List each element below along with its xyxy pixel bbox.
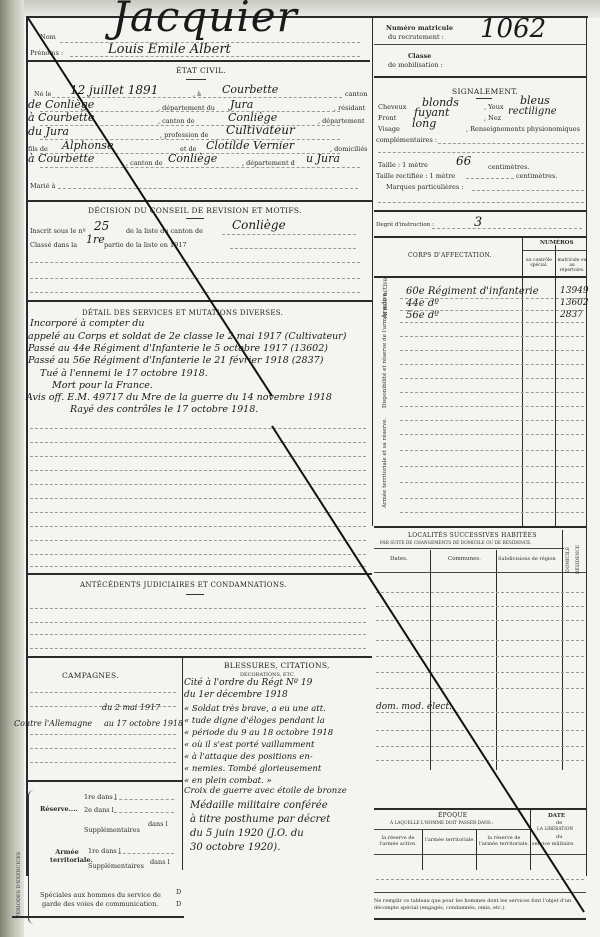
- conseil-revision-title: DÉCISION DU CONSEIL DE REVISION ET MOTIF…: [88, 206, 302, 215]
- classe-label-2: de mobilisation :: [388, 61, 443, 69]
- centimetres-label: centimètres.: [488, 163, 529, 171]
- territoriale-label: Armée territoriale et sa réserve.: [382, 418, 388, 508]
- col-residence: RÉSIDENCE: [576, 545, 581, 574]
- service-line: Mort pour la France.: [52, 380, 153, 391]
- departement2-label: , département: [318, 117, 365, 125]
- corps-row-corps: 44e dº: [406, 298, 439, 309]
- blessure-line: à titre posthume par décret: [190, 814, 330, 825]
- localite-entry: dom. mod. élect.: [376, 702, 452, 712]
- military-register-page: Jacquier Nom Prénoms : Louis Emile Alber…: [0, 0, 600, 937]
- reserve-dans-l: dans l: [148, 820, 168, 828]
- marques-label: Marques particulières :: [386, 183, 463, 191]
- col-domicile: DOMICILE: [566, 547, 571, 572]
- corps-row-matricule: 13949: [560, 286, 589, 296]
- special-line-1: Spéciales aux hommes du service de: [40, 891, 161, 899]
- blessure-line: Médaille militaire conférée: [190, 800, 328, 811]
- canton3-value: Conliège: [168, 152, 217, 165]
- epoque-col3: la réserve de l'armée territoriale.: [478, 835, 530, 847]
- date-line2: de: [556, 820, 562, 826]
- nom-value: Jacquier: [112, 0, 298, 41]
- nom-label: Nom: [40, 33, 56, 41]
- epoque-col1: la réserve de l'armée active.: [374, 835, 422, 847]
- col-matricule-label: matricule ou au répertoire.: [557, 258, 587, 273]
- domicile-value: à Courbette: [28, 152, 94, 165]
- blessure-line: 30 octobre 1920).: [190, 842, 280, 853]
- instruction-label: Degré d'instruction :: [376, 222, 434, 228]
- campagne-label: Contre l'Allemagne: [14, 719, 92, 728]
- prenoms-label: Prénoms :: [30, 49, 63, 57]
- departement1-value: Jura: [230, 98, 253, 111]
- lieu-naissance-value: Courbette: [222, 83, 278, 96]
- classe-value: 1re: [86, 233, 105, 246]
- visage-value: long: [412, 117, 436, 130]
- liste-label: de la liste du canton de: [126, 227, 203, 235]
- matricule-label-1: Numéro matricule: [386, 24, 453, 32]
- service-line: Passé au 44e Régiment d'Infanterie le 5 …: [28, 343, 328, 354]
- col-subdivisions: Subdivisions de région: [498, 556, 556, 562]
- blessure-line: Croix de guerre avec étoile de bronze: [184, 786, 347, 796]
- col-controle-label: au contrôle spécial.: [524, 258, 554, 268]
- matricule-value: 1062: [480, 14, 546, 44]
- profession-label: , profession de: [160, 131, 209, 139]
- reserve-first: 1re dans l: [84, 793, 117, 801]
- departement3-value: u Jura: [306, 152, 340, 165]
- epoque-col2: l'armée territoriale.: [424, 837, 476, 843]
- classe-label: Classé dans la: [30, 241, 77, 249]
- instruction-value: 3: [474, 215, 482, 230]
- ne-le-label: Né le: [34, 90, 52, 98]
- corps-row-corps: 56e dº: [406, 310, 439, 321]
- blessure-line: « période du 9 au 18 octobre 1918: [184, 728, 333, 738]
- special-d-1: D: [176, 888, 181, 896]
- inscrit-label: Inscrit sous le nº: [30, 227, 86, 235]
- service-line: Tué à l'ennemi le 17 octobre 1918.: [40, 368, 208, 379]
- signalement-title: SIGNALEMENT.: [452, 87, 518, 96]
- date-title: DATE: [548, 813, 565, 819]
- territoriale-supplementaires: Supplémentaires: [88, 862, 144, 870]
- blessure-line: « en plein combat. »: [184, 776, 272, 786]
- service-line: Rayé des contrôles le 17 octobre 1918.: [70, 404, 258, 415]
- periodes-exercices-label: PÉRIODES D'EXERCICES: [16, 852, 22, 918]
- services-title: DÉTAIL DES SERVICES ET MUTATIONS DIVERSE…: [82, 309, 283, 317]
- service-line: appelé au Corps et soldat de 2e classe l…: [28, 331, 346, 342]
- campagnes-title: CAMPAGNES.: [62, 671, 119, 680]
- antecedents-title: ANTÉCÉDENTS JUDICIAIRES ET CONDAMNATIONS…: [80, 581, 287, 589]
- epoque-subtitle: À LAQUELLE L'HOMME DOIT PASSER DANS :: [390, 821, 494, 826]
- corps-affectation-title: CORPS D'AFFECTATION.: [408, 252, 492, 259]
- taille-label: Taille : 1 mètre: [378, 161, 428, 169]
- centimetres-label-2: centimètres.: [516, 172, 557, 180]
- date-line5: service militaire.: [532, 841, 575, 847]
- service-line: Passé au 56e Régiment d'Infanterie le 21…: [28, 355, 323, 366]
- service-line: Avis off. E.M. 49717 du Mre de la guerre…: [26, 392, 332, 403]
- marie-label: Marié à: [30, 182, 56, 190]
- armee-territoriale-label: Armée territoriale.: [50, 848, 84, 864]
- date-line4: du: [556, 834, 562, 840]
- departement3-label: , département d: [242, 159, 295, 167]
- service-line: Incorporé à compter du: [30, 318, 144, 329]
- campagne-to: au 17 octobre 1918: [104, 719, 183, 728]
- canton-revision-value: Conliège: [232, 218, 286, 232]
- corps-row-corps: 60e Régiment d'infanterie: [406, 286, 539, 297]
- blessure-line: « où il s'est porté vaillamment: [184, 740, 314, 750]
- numeros-label: NUMÉROS: [540, 240, 573, 246]
- epoque-note: Ne remplir ce tableau que pour les homme…: [374, 898, 584, 912]
- matricule-label-2: du recrutement :: [388, 33, 444, 41]
- territoriale-dans-l: dans l: [150, 858, 170, 866]
- nez-label: , Nez: [484, 114, 501, 122]
- mere-value: Clotilde Vernier: [206, 139, 294, 152]
- front-label: Front: [378, 114, 396, 122]
- blessure-line: « tude digne d'éloges pendant la: [184, 716, 325, 726]
- partie-label: partie de la liste en 1917: [104, 241, 187, 249]
- yeux-label: , Yeux: [484, 103, 504, 111]
- visage-label: Visage: [378, 125, 400, 133]
- blessure-line: Cité à l'ordre du Régt Nº 19: [184, 678, 312, 688]
- blessure-line: du 5 juin 1920 (J.O. du: [190, 828, 304, 839]
- prenoms-value: Louis Emile Albert: [108, 42, 231, 57]
- nez-value: rectiligne: [508, 106, 557, 117]
- corps-row-matricule: 2837: [560, 310, 583, 320]
- localites-title: LOCALITÉS SUCCESSIVES HABITÉES: [408, 532, 537, 539]
- canton1-value: de Conliège: [28, 98, 94, 111]
- reserve-supplementaires: Supplémentaires: [84, 826, 140, 834]
- col-dates: Dates.: [390, 556, 408, 562]
- blessure-line: « Soldat très brave, a eu une att.: [184, 704, 326, 714]
- date-line3: LA LIBÉRATION: [537, 827, 573, 832]
- special-d-2: D: [176, 900, 181, 908]
- inscrit-value: 25: [94, 219, 109, 233]
- localites-subtitle: PAR SUITE DE CHANGEMENTS DE DOMICILE OU …: [380, 541, 532, 546]
- blessure-line: « nemies. Tombé glorieusement: [184, 764, 321, 774]
- blessure-line: « à l'attaque des positions en-: [184, 752, 313, 762]
- reserve-label: Réserve....: [40, 805, 78, 813]
- corps-row-matricule: 13602: [560, 298, 589, 308]
- profession-value: Cultivateur: [226, 123, 295, 137]
- blessure-line: du 1er décembre 1918: [184, 690, 288, 700]
- epoque-title: ÉPOQUE: [438, 812, 468, 819]
- residant-value: à Courbette: [28, 111, 94, 124]
- reserve-second: 2e dans l: [84, 806, 114, 814]
- taille-rectifiee-label: Taille rectifiée : 1 mètre: [376, 172, 455, 180]
- col-communes: Communes.: [448, 556, 481, 562]
- taille-value: 66: [456, 154, 471, 168]
- canton2-label: , canton de: [158, 117, 195, 125]
- scan-left-edge: [0, 0, 24, 937]
- blessures-title: BLESSURES, CITATIONS,: [224, 661, 330, 670]
- cheveux-label: Cheveux: [378, 103, 406, 111]
- complementaires-label: complémentaires :: [376, 136, 437, 144]
- ne-le-value: 12 juillet 1891: [70, 83, 158, 97]
- disponibilite-label: Disponibilité et réserve de l'armée acti…: [382, 291, 388, 408]
- special-line-2: garde des voies de communication.: [42, 900, 158, 908]
- canton3-label: , canton de: [126, 159, 163, 167]
- campagne-from: du 2 mai 1917: [102, 703, 160, 712]
- pere-value: Alphonse: [62, 139, 113, 152]
- departement2-value: du Jura: [28, 125, 69, 138]
- etat-civil-title: ÉTAT CIVIL.: [176, 66, 226, 75]
- renseignements-label: , Renseignements physionomiques: [466, 125, 580, 133]
- territoriale-first: 1re dans l: [88, 847, 121, 855]
- canton-label: canton: [345, 90, 367, 98]
- classe-label-1: Classe: [408, 52, 431, 60]
